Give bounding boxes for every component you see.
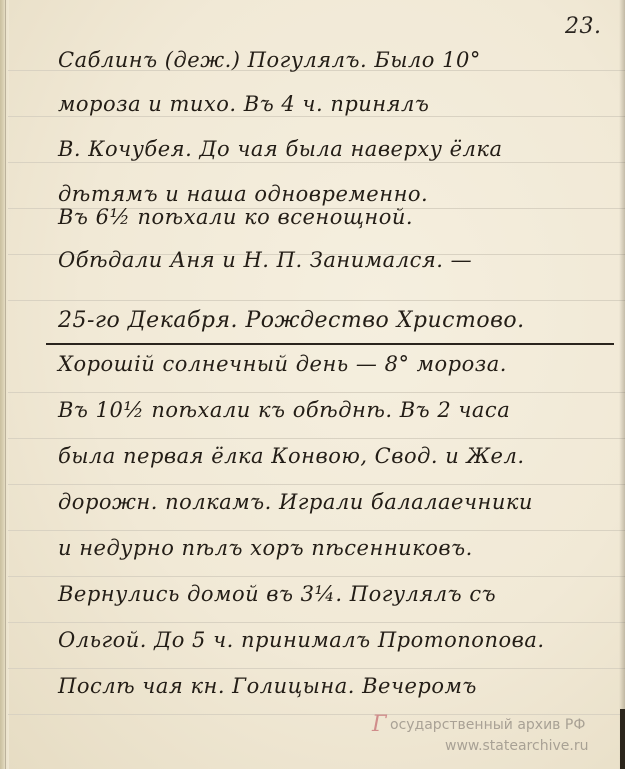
archive-watermark-url: www.statearchive.ru: [445, 738, 588, 754]
diary-page: 23. Саблинъ (деж.) Погулялъ. Было 10° мо…: [0, 0, 625, 769]
diary-line: дѣтямъ и наша одновременно.: [58, 182, 428, 206]
ruled-line: [8, 162, 625, 163]
diary-line: дорожн. полкамъ. Играли балалаечники: [58, 490, 533, 514]
diary-line: Ольгой. До 5 ч. принималъ Протопопова.: [58, 628, 545, 652]
diary-line: Послѣ чая кн. Голицына. Вечеромъ: [58, 674, 477, 698]
ruled-line: [8, 300, 625, 301]
ruled-line: [8, 438, 625, 439]
heading-underline: [46, 343, 614, 345]
binding-line: [5, 0, 6, 769]
ruled-line: [8, 714, 625, 715]
diary-line: В. Кочубея. До чая была наверху ёлка: [58, 137, 502, 161]
ruled-line: [8, 392, 625, 393]
diary-line: мороза и тихо. Въ 4 ч. принялъ: [58, 92, 429, 116]
diary-line: Хорошій солнечный день — 8° мороза.: [58, 352, 507, 376]
archive-watermark-title: осударственный архив РФ: [390, 717, 585, 733]
diary-line: Обѣдали Аня и Н. П. Занимался. —: [58, 248, 472, 272]
diary-line: была первая ёлка Конвою, Свод. и Жел.: [58, 444, 525, 468]
ruled-line: [8, 576, 625, 577]
page-number: 23.: [565, 14, 602, 39]
ruled-line: [8, 622, 625, 623]
diary-line: и недурно пѣлъ хоръ пѣсенниковъ.: [58, 536, 473, 560]
ruled-line: [8, 530, 625, 531]
page-right-edge: [619, 0, 625, 769]
ruled-line: [8, 668, 625, 669]
entry-heading: 25-го Декабря. Рождество Христово.: [58, 308, 525, 333]
page-corner-shadow: [620, 709, 625, 769]
ruled-line: [8, 116, 625, 117]
diary-line: Въ 10½ поѣхали къ обѣднѣ. Въ 2 часа: [58, 398, 510, 422]
archive-logo-mark: Г: [372, 712, 387, 737]
diary-line: Вернулись домой въ 3¼. Погулялъ съ: [58, 582, 496, 606]
ruled-line: [8, 484, 625, 485]
diary-line: Саблинъ (деж.) Погулялъ. Было 10°: [58, 48, 481, 72]
diary-line: Въ 6½ поѣхали ко всенощной.: [58, 205, 413, 229]
